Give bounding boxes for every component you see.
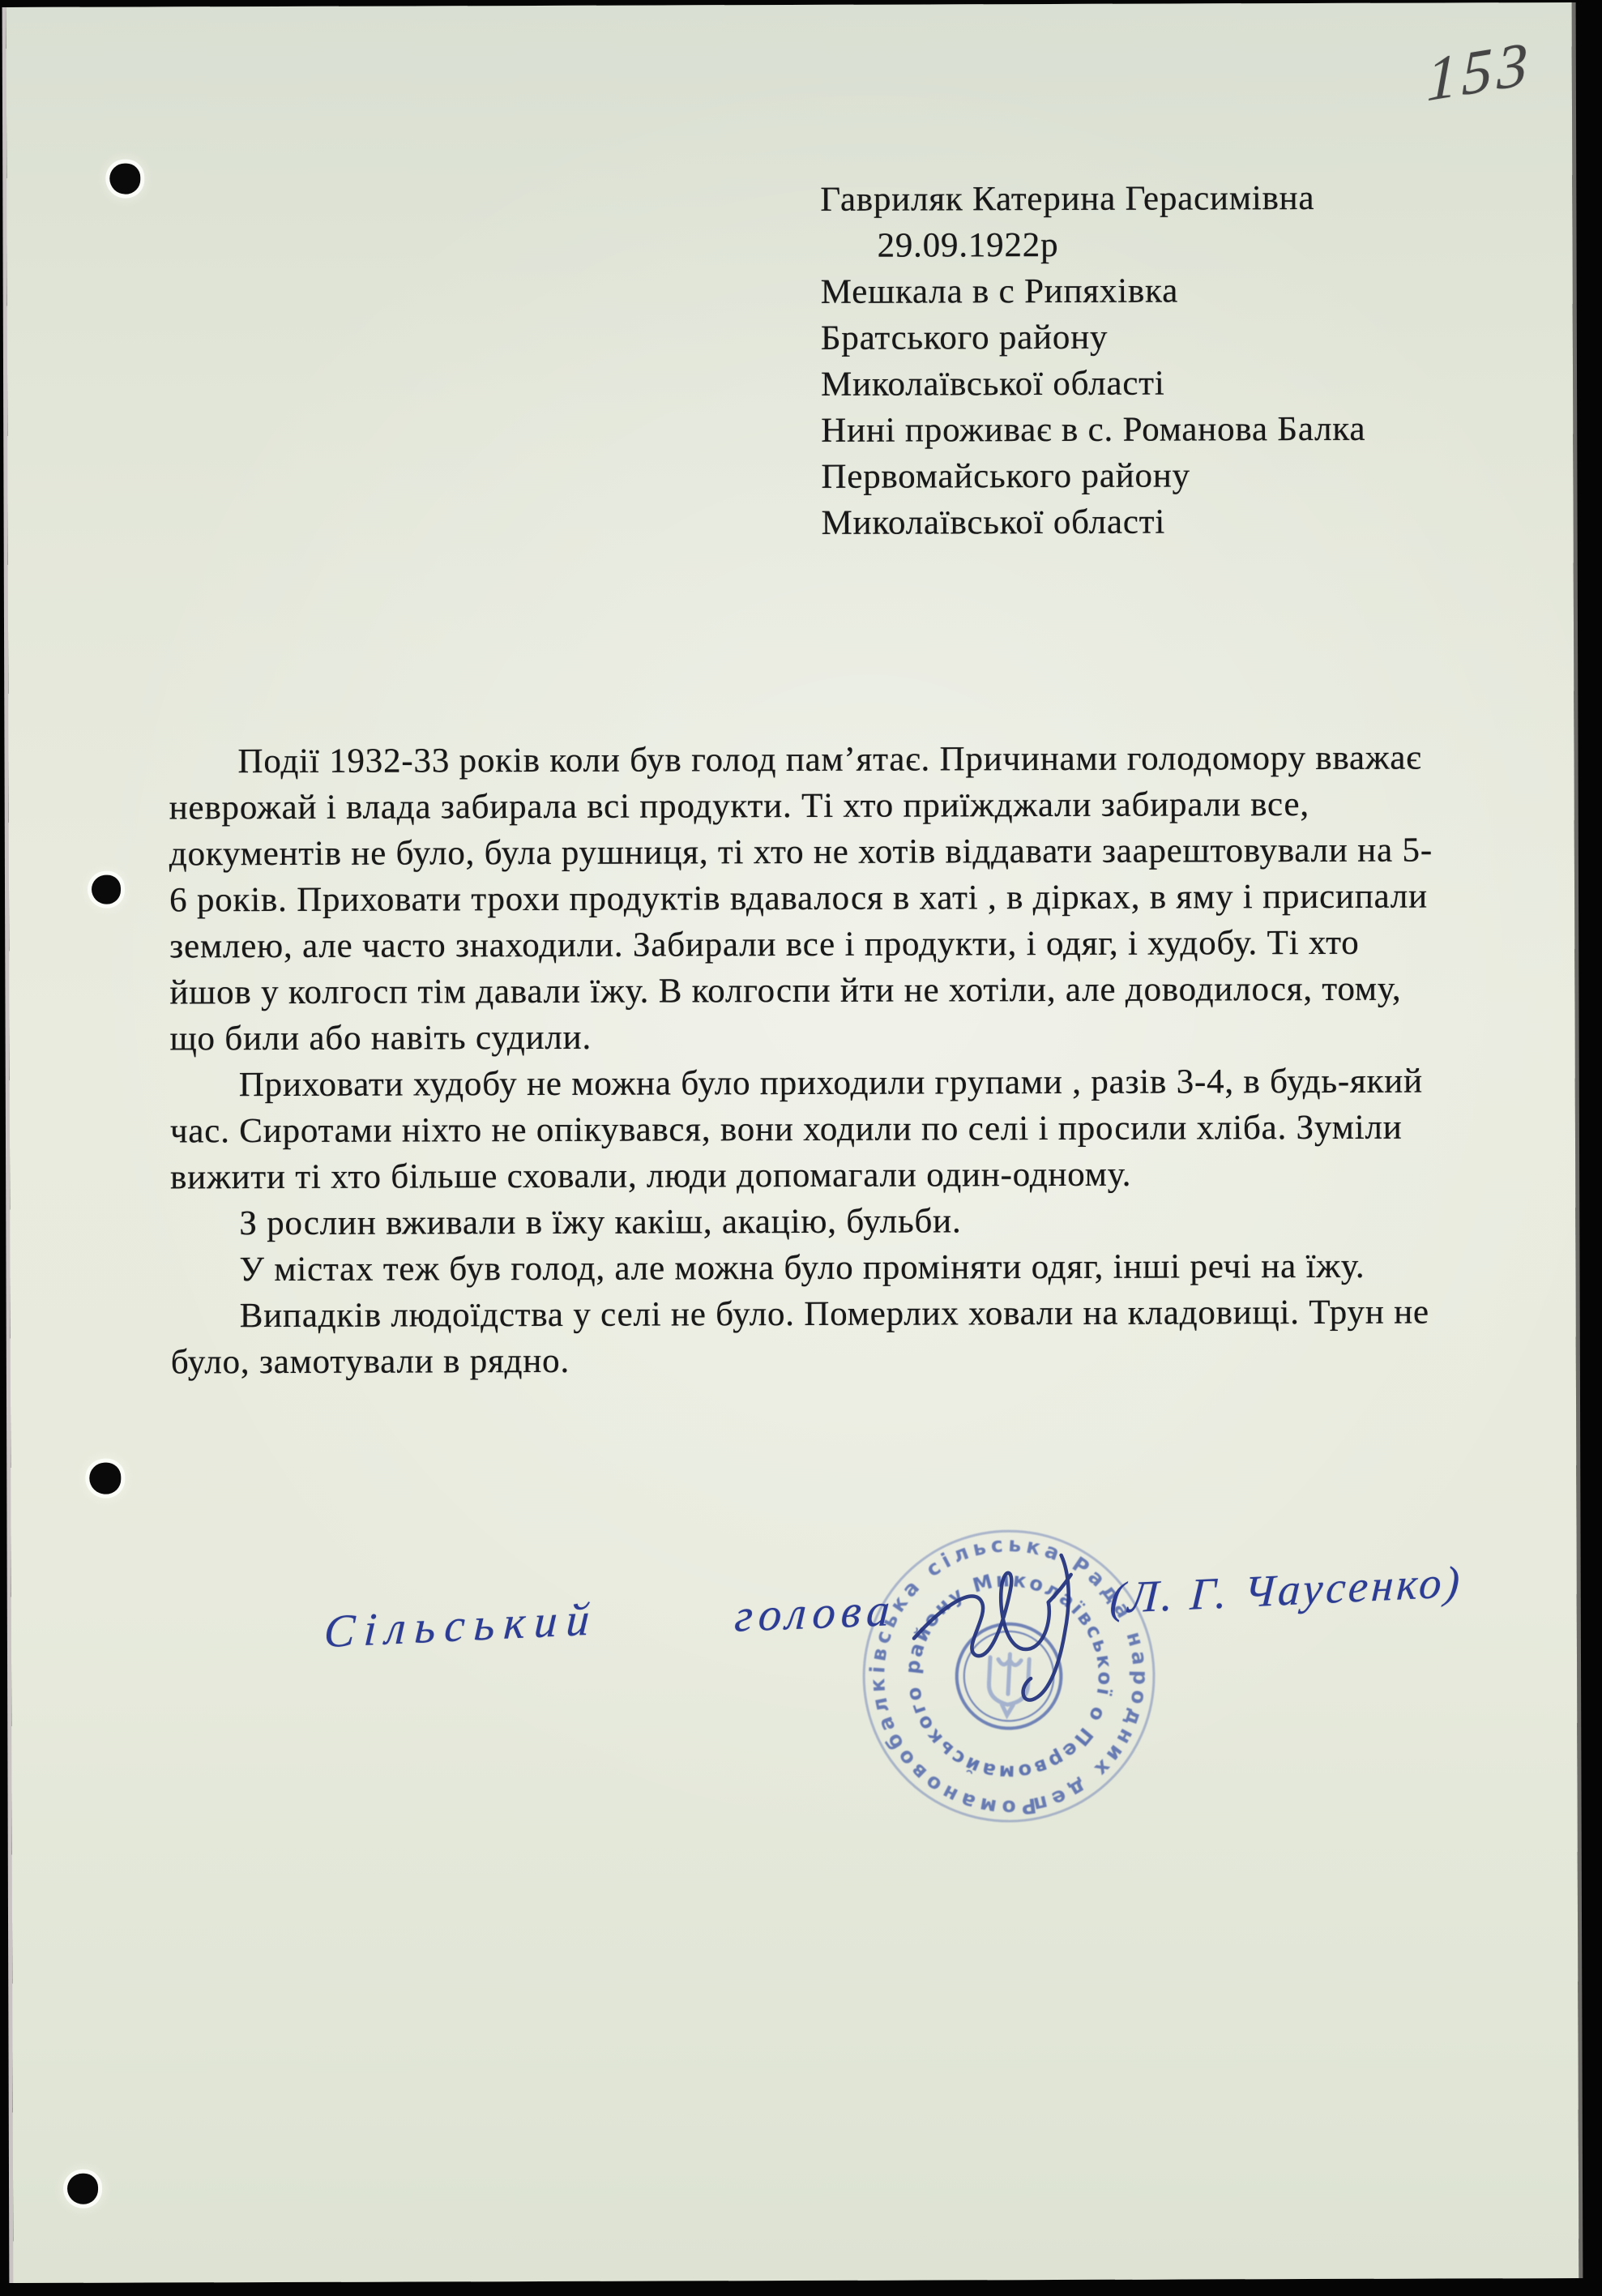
text-line: 29.09.1922р [820,221,1365,269]
text-line: було, замотували в рядно. [171,1335,1557,1385]
text-line: Гавриляк Катерина Герасимівна [820,175,1365,223]
text-line: час. Сиротами ніхто не опікувався, вони … [170,1104,1556,1154]
text-line: вижити ті хто більше сховали, люди допом… [170,1150,1556,1200]
scanned-document-canvas: 153 Гавриляк Катерина Герасимівна29.09.1… [0,0,1602,2296]
text-line: документів не було, була рушниця, ті хто… [169,827,1555,877]
text-line: Мешкала в с Рипяхівка [821,267,1365,315]
punch-hole [89,1463,121,1494]
text-line: Випадків людоїдства у селі не було. Поме… [171,1289,1557,1339]
punch-hole [109,164,140,195]
text-line: Первомайського району [821,452,1365,500]
testimony-body-block: Події 1932-33 років коли був голод пам’я… [169,734,1556,1385]
text-line: землею, але часто знаходили. Забирали вс… [169,919,1555,969]
punch-hole [92,875,121,904]
text-line: 6 років. Приховати трохи продуктів вдава… [169,873,1555,923]
paper-sheet: 153 Гавриляк Катерина Герасимівна29.09.1… [6,2,1579,2283]
text-line: Миколаївської області [821,360,1365,408]
text-line: Братського району [821,314,1365,361]
text-line: Приховати худобу не можна було приходили… [170,1058,1556,1108]
signature-role-word1: Сільський [323,1593,600,1658]
text-line: Миколаївської області [822,498,1366,546]
text-line: що били або навіть судили. [170,1011,1556,1062]
text-line: йшов у колгосп тім давали їжу. В колгосп… [169,965,1555,1015]
page-number-handwritten: 153 [1426,28,1533,116]
text-line: Події 1932-33 років коли був голод пам’я… [169,734,1554,785]
text-line: З рослин вживали в їжу какіш, акацію, бу… [170,1196,1556,1246]
text-line: У містах теж був голод, але можна було п… [170,1242,1556,1293]
text-line: неврожай і влада забирала всі продукти. … [169,780,1555,831]
punch-hole [67,2174,98,2204]
text-line: Нині проживає в с. Романова Балка [821,406,1365,454]
signature-role-word2: голова [733,1584,897,1643]
witness-header-block: Гавриляк Катерина Герасимівна29.09.1922р… [820,175,1365,546]
signature-squiggle [902,1526,1170,1746]
